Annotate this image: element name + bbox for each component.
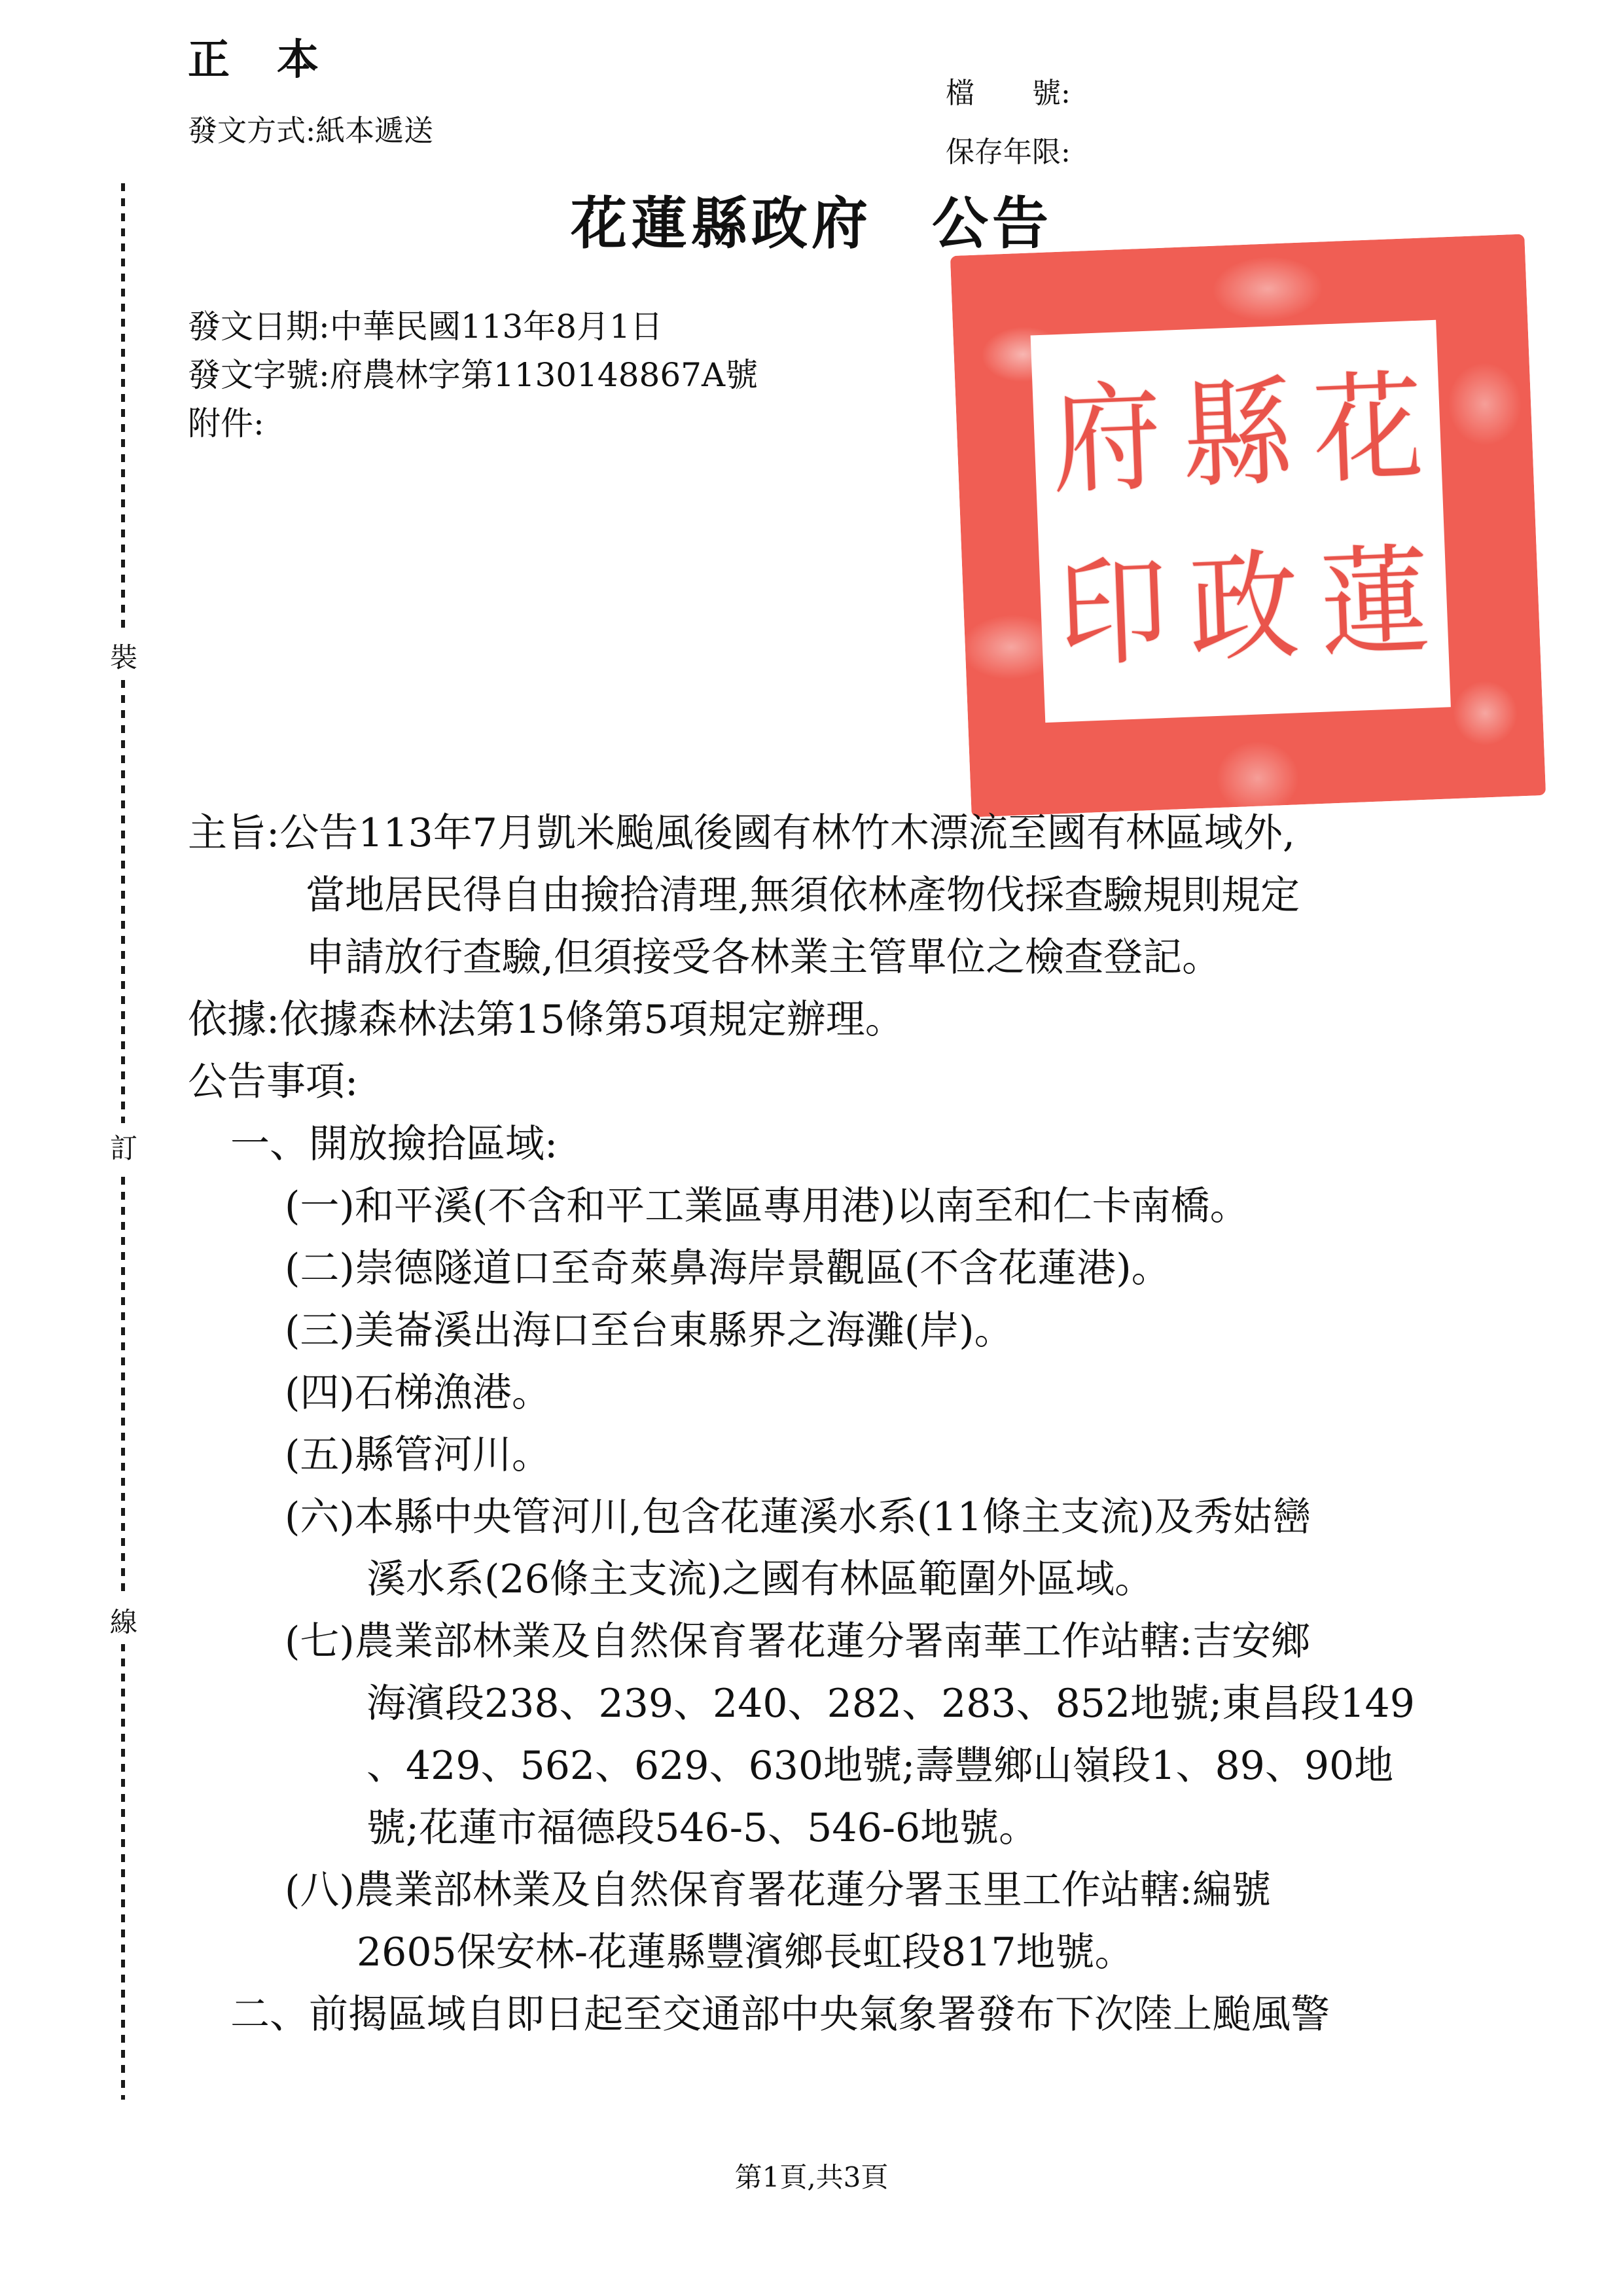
body-line: (三)美崙溪出海口至台東縣界之海灘(岸)。 <box>0 1300 1623 1362</box>
seal-character: 蓮 <box>1317 521 1433 685</box>
retention-period-label: 保存年限: <box>946 123 1071 182</box>
body-line: (四)石梯漁港。 <box>0 1362 1623 1424</box>
body-line: 、429、562、629、630地號;壽豐鄉山嶺段1、89、90地 <box>0 1735 1623 1797</box>
binding-mark-zhuang: 裝 <box>103 632 144 679</box>
body-line: 申請放行查驗,但須接受各林業主管單位之檢查登記。 <box>0 927 1623 989</box>
body-line: 二、前揭區域自即日起至交通部中央氣象署發布下次陸上颱風警 <box>0 1984 1623 2046</box>
document-meta: 發文日期:中華民國113年8月1日 發文字號:府農林字第1130148867A號… <box>188 302 758 448</box>
seal-column: 府印 <box>1048 351 1171 702</box>
header-right-block: 檔 號: 保存年限: <box>946 64 1071 182</box>
body-line: (六)本縣中央管河川,包含花蓮溪水系(11條主支流)及秀姑巒 <box>0 1486 1623 1549</box>
seal-character: 花 <box>1310 348 1426 512</box>
seal-character: 印 <box>1055 531 1171 695</box>
seal-text: 花蓮縣政府印 <box>1031 320 1451 723</box>
body-line: (五)縣管河川。 <box>0 1424 1623 1486</box>
body-line: (八)農業部林業及自然保育署花蓮分署玉里工作站轄:編號 <box>0 1859 1623 1922</box>
copy-type-label: 正 本 <box>188 26 321 86</box>
attachment-line: 附件: <box>188 399 758 448</box>
body-line: (二)崇德隧道口至奇萊鼻海岸景觀區(不含花蓮港)。 <box>0 1238 1623 1300</box>
body-line: (一)和平溪(不含和平工業區專用港)以南至和仁卡南橋。 <box>0 1175 1623 1238</box>
body-line: 溪水系(26條主支流)之國有林區範圍外區域。 <box>0 1549 1623 1611</box>
seal-character: 府 <box>1048 357 1164 522</box>
body-line: 主旨:公告113年7月凱米颱風後國有林竹木漂流至國有林區域外, <box>0 802 1623 865</box>
body-line: 海濱段238、239、240、282、283、852地號;東昌段149 <box>0 1673 1623 1735</box>
body-line: 公告事項: <box>0 1051 1623 1113</box>
body-line: 一、開放撿拾區域: <box>0 1113 1623 1175</box>
page-number: 第1頁,共3頁 <box>0 2156 1623 2195</box>
document-page: 正 本 發文方式:紙本遞送 檔 號: 保存年限: 花蓮縣政府 公告 發文日期:中… <box>0 0 1623 2296</box>
body-line: 依據:依據森林法第15條第5項規定辦理。 <box>0 989 1623 1051</box>
seal-character: 縣 <box>1179 352 1295 516</box>
official-seal-stamp: 花蓮縣政府印 <box>950 234 1546 817</box>
body-line: 當地居民得自由撿拾清理,無須依林產物伐採查驗規則規定 <box>0 865 1623 927</box>
body-line: 號;花蓮市福德段546-5、546-6地號。 <box>0 1797 1623 1859</box>
doc-number-line: 發文字號:府農林字第1130148867A號 <box>188 351 758 399</box>
issue-date-line: 發文日期:中華民國113年8月1日 <box>188 302 758 351</box>
file-number-label: 檔 號: <box>946 64 1071 123</box>
seal-column: 花蓮 <box>1310 341 1433 692</box>
seal-column: 縣政 <box>1179 346 1302 696</box>
body-lines: 主旨:公告113年7月凱米颱風後國有林竹木漂流至國有林區域外,當地居民得自由撿拾… <box>0 802 1623 2046</box>
body-line: 2605保安林-花蓮縣豐濱鄉長虹段817地號。 <box>0 1922 1623 1984</box>
body-line: (七)農業部林業及自然保育署花蓮分署南華工作站轄:吉安鄉 <box>0 1611 1623 1673</box>
seal-character: 政 <box>1186 526 1302 690</box>
delivery-method-label: 發文方式:紙本遞送 <box>188 107 433 149</box>
